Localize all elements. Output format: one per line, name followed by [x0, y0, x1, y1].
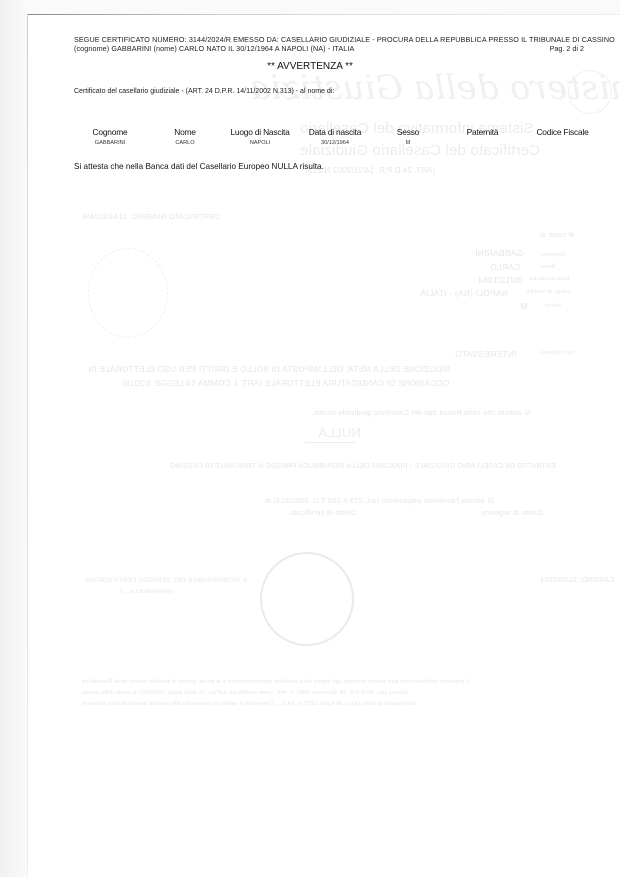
certificate-header-line: SEGUE CERTIFICATO NUMERO: 3144/2024/R EM…	[74, 35, 615, 44]
ghost-field-value: 30/12/1964	[478, 275, 523, 285]
ghost-payment-cert: Diritto di certificato	[290, 508, 356, 517]
ghost-field-label: Luogo di nascita	[527, 289, 570, 295]
ghost-official-seal-icon	[260, 552, 354, 646]
ghost-nulla-underline	[305, 442, 355, 443]
table-header-sesso: Sesso	[388, 127, 428, 137]
ghost-cert-law: (ART. 24 D.P.R. 14/11/2002 N.313)	[305, 166, 435, 175]
table-header-nome: Nome	[160, 127, 210, 137]
certificate-reference: Certificato del casellario giudiziale - …	[74, 88, 334, 95]
ghost-footer: Il presente certificato non può essere p…	[82, 679, 469, 685]
table-header-cognome: Cognome	[80, 127, 140, 137]
ghost-payment: Si attesta l'avvenuto pagamento (art. 27…	[265, 496, 494, 505]
ghost-use-value: RIDUZIONE DELLA META' DELL'IMPOSTA DI BO…	[88, 364, 450, 374]
ghost-officer-name: (MARIANGELA ...)	[120, 589, 173, 595]
ghost-field-value: GABBARINI	[475, 248, 523, 258]
ghost-place-date: CASSINO, 21/03/2024	[540, 577, 614, 584]
page-left-edge	[27, 14, 28, 877]
ghost-emblem-icon	[568, 70, 612, 114]
result-statement: Si attesta che nella Banca dati del Case…	[74, 162, 324, 171]
table-header-data-nascita: Data di nascita	[300, 127, 370, 137]
scan-top-margin	[0, 0, 620, 14]
ghost-nulla: NULLA	[318, 425, 361, 440]
table-header-luogo-nascita: Luogo di Nascita	[220, 127, 300, 137]
ghost-field-value: NAPOLI (NA) - ITALIA	[420, 288, 508, 298]
ghost-payment-urgent: Diritto di urgenza	[482, 508, 542, 517]
page-number: Pag. 2 di 2	[550, 44, 584, 53]
ghost-fields-label: al nome di	[540, 232, 574, 239]
ghost-field-label: Cognome	[540, 252, 565, 258]
ghost-officer: IL RESPONSABILE DEL SERVIZIO CERTIFICATI…	[85, 577, 248, 584]
ghost-field-value: M	[520, 301, 527, 311]
ghost-stamp-icon	[88, 248, 168, 338]
ghost-use-value: OCCASIONE DI CANDIDATURA ELETTORALE (ART…	[122, 378, 449, 388]
ghost-field-label: Data di nascita	[530, 276, 569, 282]
table-cell-data-nascita: 30/12/1964	[300, 140, 370, 146]
ghost-footer: sull'imposta di bollo (d.p.r. 26 luglio …	[82, 701, 416, 707]
ghost-field-label: Sesso	[545, 303, 561, 309]
table-header-paternita: Paternità	[455, 127, 510, 137]
ghost-issuer: ESTRATTO DA CASELLARIO GIUDIZIALE - PROC…	[170, 463, 556, 470]
table-cell-nome: CARLO	[160, 140, 210, 146]
table-cell-luogo-nascita: NAPOLI	[220, 140, 300, 146]
ghost-field-label: Nome	[540, 264, 555, 270]
table-cell-sesso: M	[388, 140, 428, 146]
ghost-use-label: Uso richiesto	[540, 350, 574, 356]
ghost-footer: italiana (art. 40 D.P.R. 28 dicembre 200…	[82, 690, 408, 696]
ghost-field-value: CARLO	[490, 262, 520, 272]
scan-left-margin	[0, 0, 28, 877]
ghost-statement: Si attesta che nella Banca dati del Case…	[312, 408, 531, 417]
warning-title: ** AVVERTENZA **	[0, 61, 620, 72]
ghost-use-value: INTERESSATO	[455, 349, 516, 359]
ghost-cert-number: CERTIFICATO NUMERO: 3144/2024/R	[82, 212, 220, 221]
table-cell-cognome: GABBARINI	[80, 140, 140, 146]
subject-identity-line: (cognome) GABBARINI (nome) CARLO NATO IL…	[74, 44, 354, 53]
page-top-edge	[27, 14, 620, 15]
table-header-codice-fiscale: Codice Fiscale	[525, 127, 600, 137]
